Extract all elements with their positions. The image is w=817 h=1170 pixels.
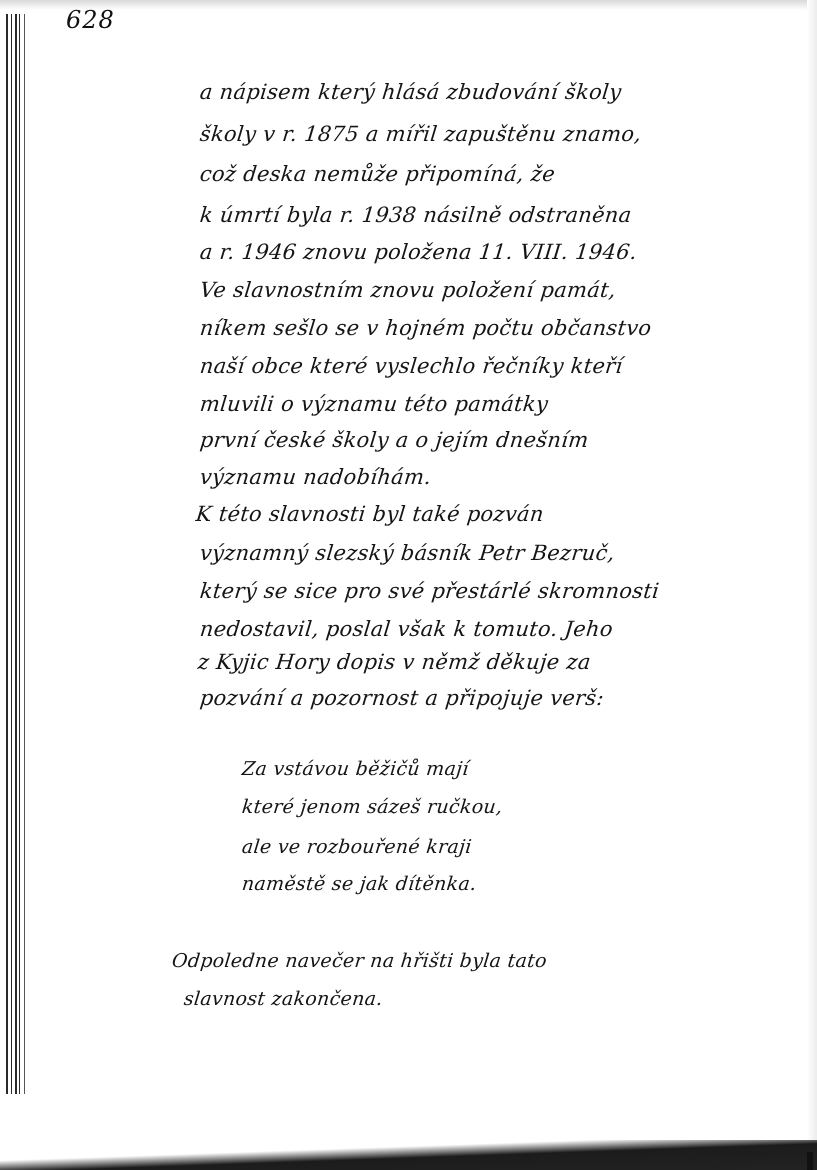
text-line: k úmrtí byla r. 1938 násilně odstraněna bbox=[199, 203, 633, 227]
text-line: a nápisem který hlásá zbudování školy bbox=[199, 80, 623, 104]
text-line: níkem sešlo se v hojném počtu občanstvo bbox=[199, 316, 653, 340]
scan-bottom-shadow bbox=[0, 1140, 817, 1170]
text-line: což deska nemůže připomíná, že bbox=[199, 162, 557, 186]
scan-top-shadow bbox=[0, 0, 817, 10]
text-line: významný slezský básník Petr Bezruč, bbox=[199, 541, 616, 565]
poem-line: které jenom sázeš ručkou, bbox=[241, 796, 504, 818]
text-line: který se sice pro své přestárlé skromnos… bbox=[199, 579, 661, 603]
text-line: mluvili o významu této památky bbox=[199, 392, 550, 416]
text-line: nedostavil, poslal však k tomuto. Jeho bbox=[199, 617, 614, 641]
text-line: první české školy a o jejím dnešním bbox=[199, 428, 590, 452]
text-line: školy v r. 1875 a mířil zapuštěnu znamo, bbox=[199, 122, 643, 146]
text-line: významu nadobíhám. bbox=[199, 465, 433, 489]
scan-right-edge bbox=[807, 0, 817, 1170]
scanned-page: 628 a nápisem který hlásá zbudování škol… bbox=[0, 0, 817, 1170]
text-line: z Kyjic Hory dopis v němž děkuje za bbox=[197, 650, 592, 674]
page-number: 628 bbox=[66, 6, 115, 34]
poem-line: Za vstávou běžičů mají bbox=[241, 758, 470, 780]
text-line: Ve slavnostním znovu položení památ, bbox=[199, 278, 617, 302]
text-line: K této slavnosti byl také pozván bbox=[195, 502, 545, 526]
text-line: a r. 1946 znovu položena 11. VIII. 1946. bbox=[199, 240, 638, 264]
poem-line: naměstě se jak dítěnka. bbox=[241, 873, 478, 895]
text-line: pozvání a pozornost a připojuje verš: bbox=[199, 686, 605, 710]
binding-edge bbox=[4, 14, 28, 1094]
text-line: naší obce které vyslechlo řečníky kteří bbox=[199, 354, 624, 378]
closing-line: Odpoledne navečer na hřišti byla tato bbox=[171, 950, 548, 972]
scan-corner-mark bbox=[807, 1152, 813, 1170]
closing-line: slavnost zakončena. bbox=[183, 988, 384, 1010]
poem-line: ale ve rozbouřené kraji bbox=[241, 836, 473, 858]
